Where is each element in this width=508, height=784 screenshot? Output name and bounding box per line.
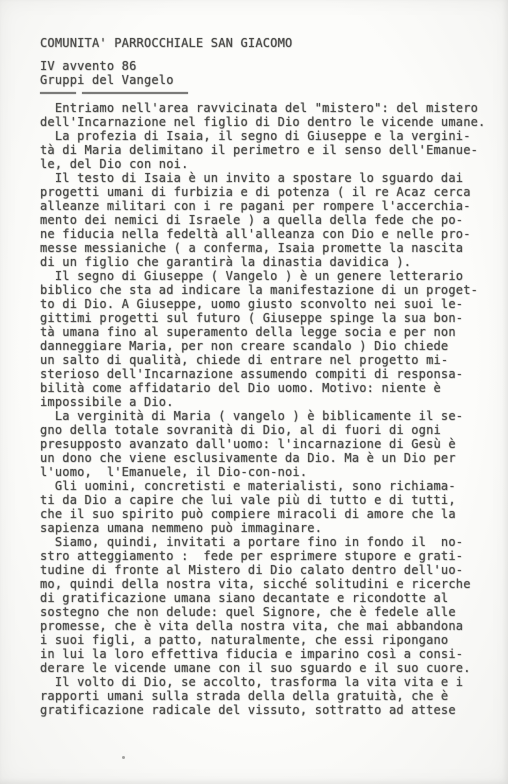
- text-line: l'uomo, l'Emanuele, il Dio-con-noi.: [40, 465, 490, 479]
- text-line: derare le vicende umane con il suo sguar…: [40, 661, 490, 675]
- text-line: presupposto avanzato dall'uomo: l'incarn…: [40, 437, 490, 451]
- text-line: messe messianiche ( a conferma, Isaia pr…: [40, 241, 490, 255]
- scanned-document-page: COMUNITA' PARROCCHIALE SAN GIACOMO IV av…: [0, 0, 508, 784]
- underline-segment: [40, 92, 76, 94]
- text-line: un salto di qualità, chiede di entrare n…: [40, 353, 490, 367]
- text-line: promesse, che è vita della nostra vita, …: [40, 619, 490, 633]
- text-line: gno della totale sovranità di Dio, al di…: [40, 423, 490, 437]
- text-line: le, del Dio con noi.: [40, 157, 490, 171]
- text-line: sostegno che non delude: quel Signore, c…: [40, 605, 490, 619]
- text-line: di un figlio che garantirà la dinastia d…: [40, 255, 490, 269]
- text-line: che il suo spirito può compiere miracoli…: [40, 507, 490, 521]
- text-line: stro atteggiamento : fede per esprimere …: [40, 549, 490, 563]
- text-line: to di Dio. A Giuseppe, uomo giusto sconv…: [40, 297, 490, 311]
- text-line: Il volto di Dio, se accolto, trasforma l…: [40, 675, 490, 689]
- subtitle-line-advent: IV avvento 86: [40, 59, 490, 73]
- document-body: Entriamo nell'area ravvicinata del "mist…: [40, 101, 490, 717]
- text-line: sterioso dell'Incarnazione assumendo com…: [40, 367, 490, 381]
- text-line: progetti umani di furbizia e di potenza …: [40, 185, 490, 199]
- text-line: tà umana fino al superamento della legge…: [40, 325, 490, 339]
- typewritten-content: COMUNITA' PARROCCHIALE SAN GIACOMO IV av…: [40, 36, 490, 717]
- text-line: biblico che sta ad indicare la manifesta…: [40, 283, 490, 297]
- text-line: ne fiducia nella fedeltà all'alleanza co…: [40, 227, 490, 241]
- text-line: La verginità di Maria ( vangelo ) è bibl…: [40, 409, 490, 423]
- text-line: tudine di fronte al Mistero di Dio calat…: [40, 563, 490, 577]
- text-line: danneggiare Maria, per non creare scanda…: [40, 339, 490, 353]
- text-line: La profezia di Isaia, il segno di Giusep…: [40, 129, 490, 143]
- text-line: Il segno di Giuseppe ( Vangelo ) è un ge…: [40, 269, 490, 283]
- text-line: Entriamo nell'area ravvicinata del "mist…: [40, 101, 490, 115]
- scan-speck: [122, 756, 125, 759]
- text-line: impossibile a Dio.: [40, 395, 490, 409]
- subtitle-line-group: Gruppi del Vangelo: [40, 73, 490, 87]
- text-line: alleanze militari con i re pagani per ro…: [40, 199, 490, 213]
- text-line: tà di Maria delimitano il perimetro e il…: [40, 143, 490, 157]
- text-line: di gratificazione umana siano decantate …: [40, 591, 490, 605]
- document-title: COMUNITA' PARROCCHIALE SAN GIACOMO: [40, 36, 490, 50]
- subtitle-underline: [40, 89, 490, 97]
- text-line: un dono che viene esclusivamente da Dio.…: [40, 451, 490, 465]
- text-line: mento dei nemici di Israele ) a quella d…: [40, 213, 490, 227]
- text-line: ti da Dio a capire che lui vale più di t…: [40, 493, 490, 507]
- document-subtitle: IV avvento 86 Gruppi del Vangelo: [40, 59, 490, 87]
- text-line: bilità come affidatario del Dio uomo. Mo…: [40, 381, 490, 395]
- text-line: i suoi figli, a patto, naturalmente, che…: [40, 633, 490, 647]
- text-line: dell'Incarnazione nel figlio di Dio dent…: [40, 115, 490, 129]
- text-line: rapporti umani sulla strada della della …: [40, 689, 490, 703]
- underline-segment: [82, 92, 188, 94]
- text-line: Il testo di Isaia è un invito a spostare…: [40, 171, 490, 185]
- text-line: sapienza umana nemmeno può immaginare.: [40, 521, 490, 535]
- text-line: Siamo, quindi, invitati a portare fino i…: [40, 535, 490, 549]
- text-line: mo, quindi della nostra vita, sicché sol…: [40, 577, 490, 591]
- text-line: gittimi progetti sul futuro ( Giuseppe s…: [40, 311, 490, 325]
- text-line: Gli uomini, concretisti e materialisti, …: [40, 479, 490, 493]
- text-line: in lui la loro effettiva fiducia e impar…: [40, 647, 490, 661]
- text-line: gratificazione radicale del vissuto, sot…: [40, 703, 490, 717]
